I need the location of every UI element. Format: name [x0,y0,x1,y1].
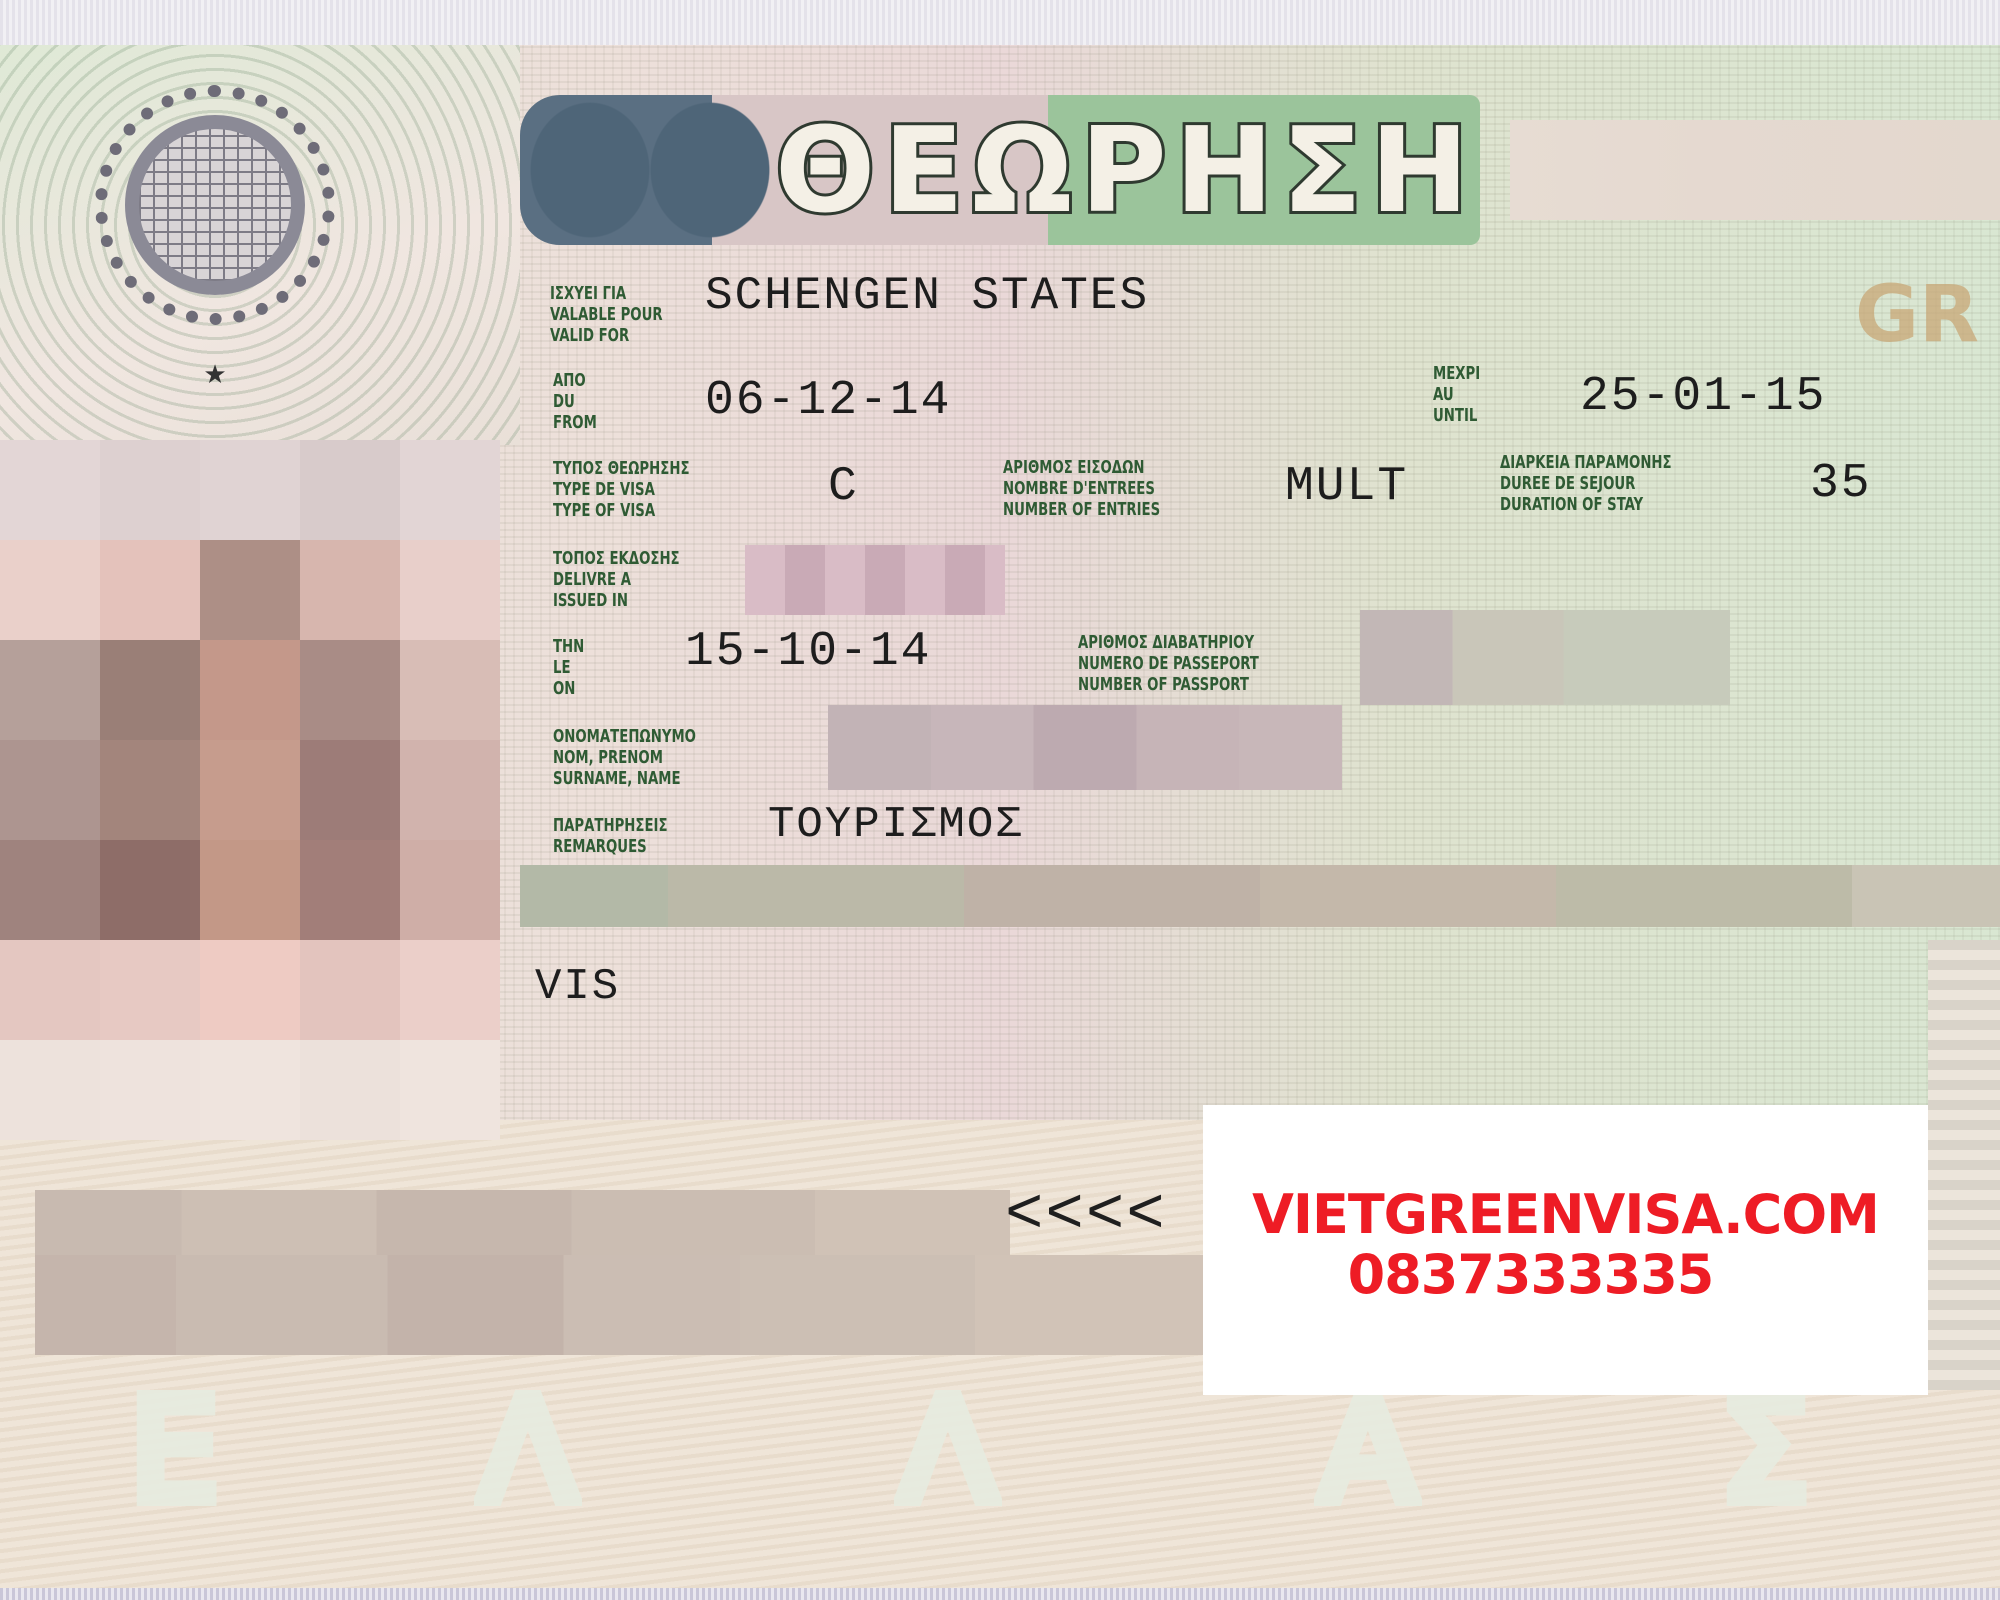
mrz-line-1-redacted [35,1190,1010,1255]
valid-for-value: SCHENGEN STATES [705,270,1149,322]
redacted-header-area [1510,120,2000,220]
mrz-fragment: <<<< [1005,1180,1167,1252]
vis-marker: VIS [535,962,620,1012]
star-icon: ★ [200,360,230,390]
from-label: ΑΠΟ DU FROM [553,370,597,433]
until-label: ΜΕΧΡΙ AU UNTIL [1433,363,1480,426]
from-value: 06-12-14 [705,374,951,428]
name-label: ΟΝΟΜΑΤΕΠΩΝΥΜΟ NOM, PRENOM SURNAME, NAME [553,726,696,789]
photo-redacted [0,440,500,1140]
type-of-visa-label: ΤΥΠΟΣ ΘΕΩΡΗΣΗΣ TYPE DE VISA TYPE OF VISA [553,458,690,521]
remarks-value: ΤΟΥΡΙΣΜΟΣ [768,800,1024,850]
issued-on-label: ΤΗΝ LE ON [553,636,584,699]
mrz-line-2-redacted [35,1255,1210,1355]
passport-number-redacted [1360,610,1730,705]
right-edge-pattern [1928,940,2000,1390]
bottom-letter: Λ [900,1370,996,1533]
bottom-letter: Ε [130,1370,218,1533]
visa-title: ΘΕΩΡΗΣΗ [775,100,1475,240]
watermark-phone: 0837333335 [1203,1245,1928,1305]
watermark-website: VIETGREENVISA.COM [1203,1185,1928,1245]
globe-emblem-icon [125,115,305,295]
valid-for-label: ΙΣΧΥΕΙ ΓΙΑ VALABLE POUR VALID FOR [550,283,663,346]
page-edge-top [0,0,2000,45]
duration-of-stay-label: ΔΙΑΡΚΕΙΑ ΠΑΡΑΜΟΝΗΣ DUREE DE SEJOUR DURAT… [1500,452,1672,515]
redacted-strip [520,865,2000,927]
issued-in-redacted [745,545,1005,615]
page-edge-bottom [0,1588,2000,1600]
until-value: 25-01-15 [1580,370,1826,424]
country-watermark: GR [1855,270,1979,360]
name-redacted [828,705,1342,790]
type-of-visa-value: C [828,460,859,514]
remarks-label: ΠΑΡΑΤΗΡΗΣΕΙΣ REMARQUES [553,815,668,857]
passport-number-label: ΑΡΙΘΜΟΣ ΔΙΑΒΑΤΗΡΙΟΥ NUMERO DE PASSEPORT … [1078,632,1259,695]
number-of-entries-label: ΑΡΙΘΜΟΣ ΕΙΣΟΔΩΝ NOMBRE D'ENTREES NUMBER … [1003,457,1160,520]
duration-of-stay-value: 35 [1810,457,1872,511]
bottom-letter: Λ [480,1370,576,1533]
issued-on-value: 15-10-14 [685,625,931,679]
issued-in-label: ΤΟΠΟΣ ΕΚΔΟΣΗΣ DELIVRE A ISSUED IN [553,548,680,611]
optically-variable-blobs [530,100,770,240]
number-of-entries-value: MULT [1285,460,1408,514]
